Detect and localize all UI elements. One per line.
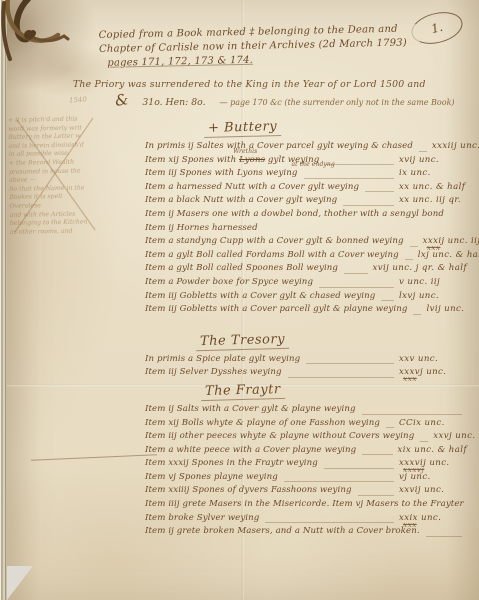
weight-value: xx unc. iij qr.: [399, 195, 467, 205]
item-text-pre: Item xxiiij Spones of dyvers Fasshoons w…: [145, 485, 352, 495]
binding-thread-icon: [0, 0, 76, 101]
item-text-pre: Item a gylt Boll called Fordams Boll wit…: [145, 250, 399, 260]
item-text: In primis a Spice plate gylt weying: [145, 354, 300, 364]
regnal-year: 31o. Hen: 8o.: [142, 97, 205, 108]
weight-value: lvij unc.: [426, 304, 479, 314]
item-text-pre: Item iij other peeces whyte & playne wit…: [145, 431, 414, 441]
dash-leader: [306, 357, 394, 364]
section-heading-text: The Fraytr: [201, 382, 285, 401]
dash-leader: [358, 489, 394, 496]
item-text-pre: Item a Powder boxe for Spyce weying: [145, 277, 313, 287]
inventory-row: Item a gylt Boll called Spoones Boll wey…: [145, 263, 467, 277]
weight-value: xxix unc.xxx: [399, 513, 467, 523]
dash-leader: [324, 462, 394, 469]
section-rows: In primis ij Saltes with a Cover parcel …: [145, 141, 467, 318]
preamble-line-2: & 31o. Hen: 8o. — page 170 &c (the surre…: [115, 91, 479, 109]
section-rows: Item ij Salts with a Cover gylt & playne…: [145, 404, 467, 540]
item-text-pre: Item vj Spones playne weying: [145, 472, 278, 482]
item-text-pre: In primis a Spice plate gylt weying: [145, 354, 300, 364]
inventory-row: Item iij Gobletts with a Cover gylt & ch…: [145, 291, 467, 305]
item-text: Item a black Nutt with a Cover gylt weyi…: [145, 195, 337, 205]
inventory-row: Item a standyng Cupp with a Cover gylt &…: [145, 236, 467, 250]
dash-leader: [381, 294, 394, 301]
item-text: Item a Powder boxe for Spyce weying: [145, 277, 313, 287]
item-text-pre: Item ij Masers one with a dowbel bond, t…: [145, 209, 444, 219]
item-text: Item a harnessed Nutt with a Cover gylt …: [145, 182, 359, 192]
item-text: Item a gylt Boll called Spoones Boll wey…: [145, 263, 338, 273]
weight-value: xvij unc. j qr. & half: [373, 263, 468, 273]
item-text: Item xij Bolls whyte & playne of one Fas…: [145, 418, 380, 428]
struck-word: Lyons: [239, 155, 265, 165]
weight-value: lxj unc. & half: [418, 250, 479, 260]
dash-leader: [410, 240, 418, 247]
preamble-note: — page 170 &c (the surrender only not in…: [220, 98, 455, 107]
item-text-pre: In primis ij Saltes with a Cover parcel …: [145, 141, 413, 151]
weight-value: xxxvij unc.xxxvj: [399, 458, 467, 468]
item-text-pre: Item iiij grete Masers in the Misericord…: [145, 499, 464, 509]
weight-value: xxvij unc.: [399, 485, 467, 495]
margin-notes: + it is pitch'd and thisword was formerl…: [8, 115, 106, 237]
dash-leader: [362, 448, 392, 455]
item-text-pre: Item a harnessed Nutt with a Cover gylt …: [145, 182, 359, 192]
item-text-pre: Item broke Sylver weying: [145, 513, 259, 523]
inventory-row: Item a harnessed Nutt with a Cover gylt …: [145, 182, 467, 196]
inventory-row: Item iij Spones with Lyons weyingat the …: [145, 168, 467, 182]
inventory-row: Item broke Sylver weyingxxix unc.xxx: [145, 513, 467, 527]
weight-value: CCix unc.: [399, 418, 467, 428]
dash-leader: [386, 421, 394, 428]
inventory-row: Item a Powder boxe for Spyce weyingv unc…: [145, 277, 467, 291]
section-heading: The Tresory: [7, 333, 479, 350]
inventory-row: Item ij Salts with a Cover gylt & playne…: [145, 404, 467, 418]
inventory-row: Item a gylt Boll called Fordams Boll wit…: [145, 250, 467, 264]
item-text: Item iij Spones with Lyons weyingat the …: [145, 168, 298, 178]
item-text: Item iij other peeces whyte & playne wit…: [145, 431, 414, 441]
weight-value: xxvj unc.: [433, 431, 479, 441]
preamble-line-1: The Priory was surrendered to the King i…: [73, 79, 479, 90]
weight-value: lxvj unc.: [399, 291, 467, 301]
item-text-pre: Item xij Spones with: [145, 155, 239, 165]
interlinear-wrap: LyonsWrethis: [239, 155, 265, 165]
inventory-row: Item a white peece with a Cover playne w…: [145, 445, 467, 459]
inventory-row: In primis ij Saltes with a Cover parcel …: [145, 141, 467, 155]
manuscript-paper: 1. Copied from a Book marked ‡ belonging…: [7, 0, 479, 600]
margin-note-line: as other rooms, and: [10, 227, 106, 237]
item-text: In primis ij Saltes with a Cover parcel …: [145, 141, 413, 151]
ampersand-flourish: &: [114, 90, 130, 110]
weight-value: xxv unc.: [399, 354, 467, 364]
inventory-row: Item a black Nutt with a Cover gylt weyi…: [145, 195, 467, 209]
item-text: Item iij Gobletts with a Cover parcell g…: [145, 304, 407, 314]
item-text-pre: Item a black Nutt with a Cover gylt weyi…: [145, 195, 337, 205]
item-text-pre: Item xxxij Spones in the Fraytr weying: [145, 458, 318, 468]
dash-leader: [420, 435, 428, 442]
item-text-pre: Item iij Selver Dysshes weying: [145, 367, 282, 377]
inventory-row: Item xij Bolls whyte & playne of one Fas…: [145, 418, 467, 432]
item-text-pre: Item a white peece with a Cover playne w…: [145, 445, 356, 455]
dash-leader: [413, 308, 421, 315]
dash-leader: [288, 371, 394, 378]
struck-weight: xxx: [403, 520, 417, 529]
inventory-row: Item iij other peeces whyte & playne wit…: [145, 431, 467, 445]
inventory-row: Item xxiiij Spones of dyvers Fasshoons w…: [145, 485, 467, 499]
weight-value: xxxij unc. iijxxx: [423, 236, 479, 246]
item-text-pre: Item iij Spones with Lyons weying: [145, 168, 298, 178]
interlinear-insert: Wrethis: [233, 148, 257, 155]
item-text: Item a gylt Boll called Fordams Boll wit…: [145, 250, 399, 260]
manuscript-photo: 1. Copied from a Book marked ‡ belonging…: [0, 0, 479, 600]
manuscript-content: Copied from a Book marked ‡ belonging to…: [7, 0, 479, 540]
header-note: Copied from a Book marked ‡ belonging to…: [99, 21, 479, 71]
item-text-pre: Item ij Salts with a Cover gylt & playne…: [145, 404, 356, 414]
item-text: Item xxxij Spones in the Fraytr weying: [145, 458, 318, 468]
item-text-pre: Item iij Gobletts with a Cover gylt & ch…: [145, 291, 375, 301]
item-text: Item xxiiij Spones of dyvers Fasshoons w…: [145, 485, 352, 495]
item-text: Item ij grete broken Masers, and a Nutt …: [145, 526, 420, 536]
item-text-pre: Item a standyng Cupp with a Cover gylt &…: [145, 236, 404, 246]
dash-leader: [419, 145, 427, 152]
dash-leader: [426, 530, 462, 537]
inventory-row: Item ij Hornes harnessed: [145, 223, 467, 237]
item-text: Item a standyng Cupp with a Cover gylt &…: [145, 236, 404, 246]
item-text: Item iiij grete Masers in the Misericord…: [145, 499, 464, 509]
dash-leader: [362, 408, 462, 415]
item-text: Item ij Salts with a Cover gylt & playne…: [145, 404, 356, 414]
dash-leader: [304, 172, 395, 179]
section-heading-text: + Buttery: [204, 119, 282, 138]
item-text: Item ij Hornes harnessed: [145, 223, 258, 233]
dash-leader: [343, 199, 394, 206]
inventory-row: Item xxxij Spones in the Fraytr weyingxx…: [145, 458, 467, 472]
section-heading-text: The Tresory: [196, 332, 289, 351]
weight-value: xx unc. & half: [399, 182, 467, 192]
dash-leader: [319, 281, 394, 288]
inventory-row: Item iij Selver Dysshes weyingxxxvj unc.…: [145, 367, 467, 381]
item-text-pre: Item xij Bolls whyte & playne of one Fas…: [145, 418, 380, 428]
item-text: Item ij Masers one with a dowbel bond, t…: [145, 209, 444, 219]
weight-value: v unc. iij: [399, 277, 467, 287]
section-rows: In primis a Spice plate gylt weyingxxv u…: [145, 354, 467, 381]
inventory-row: Item vj Spones playne weyingvj unc.: [145, 472, 467, 486]
section-heading: The Fraytr: [7, 383, 479, 400]
item-text-pre: Item ij Hornes harnessed: [145, 223, 258, 233]
item-text: Item iij Selver Dysshes weying: [145, 367, 282, 377]
item-text: Item vj Spones playne weying: [145, 472, 278, 482]
inventory-row: Item iij Gobletts with a Cover parcell g…: [145, 304, 467, 318]
inventory-row: Item ij Masers one with a dowbel bond, t…: [145, 209, 467, 223]
weight-value: vj unc.: [399, 472, 467, 482]
weight-value: xix unc. & half: [398, 445, 468, 455]
item-text-pre: Item ij grete broken Masers, and a Nutt …: [145, 526, 420, 536]
inventory-row: In primis a Spice plate gylt weyingxxv u…: [145, 354, 467, 368]
dash-leader: [284, 475, 394, 482]
item-text: Item broke Sylver weying: [145, 513, 259, 523]
dash-leader: [325, 158, 394, 165]
inventory-row: Item ij grete broken Masers, and a Nutt …: [145, 526, 467, 540]
dash-leader: [344, 267, 367, 274]
item-text-pre: Item a gylt Boll called Spoones Boll wey…: [145, 263, 338, 273]
weight-value: xvij unc.: [399, 155, 467, 165]
dash-leader: [365, 185, 394, 192]
inventory-row: Item iiij grete Masers in the Misericord…: [145, 499, 467, 513]
weight-value: ix unc.: [399, 168, 467, 178]
item-text: Item a white peece with a Cover playne w…: [145, 445, 356, 455]
interlinear-insert: at the endyng: [292, 161, 335, 168]
weight-value: xxxiij unc. iij qrts.: [432, 141, 479, 151]
dash-leader: [265, 516, 394, 523]
corner-curl: [7, 566, 33, 600]
struck-weight: xxx: [403, 374, 417, 383]
item-text-pre: Item iij Gobletts with a Cover parcell g…: [145, 304, 407, 314]
item-text: Item iij Gobletts with a Cover gylt & ch…: [145, 291, 375, 301]
weight-value: xxxvj unc.xxx: [399, 367, 467, 377]
dash-leader: [405, 253, 413, 260]
